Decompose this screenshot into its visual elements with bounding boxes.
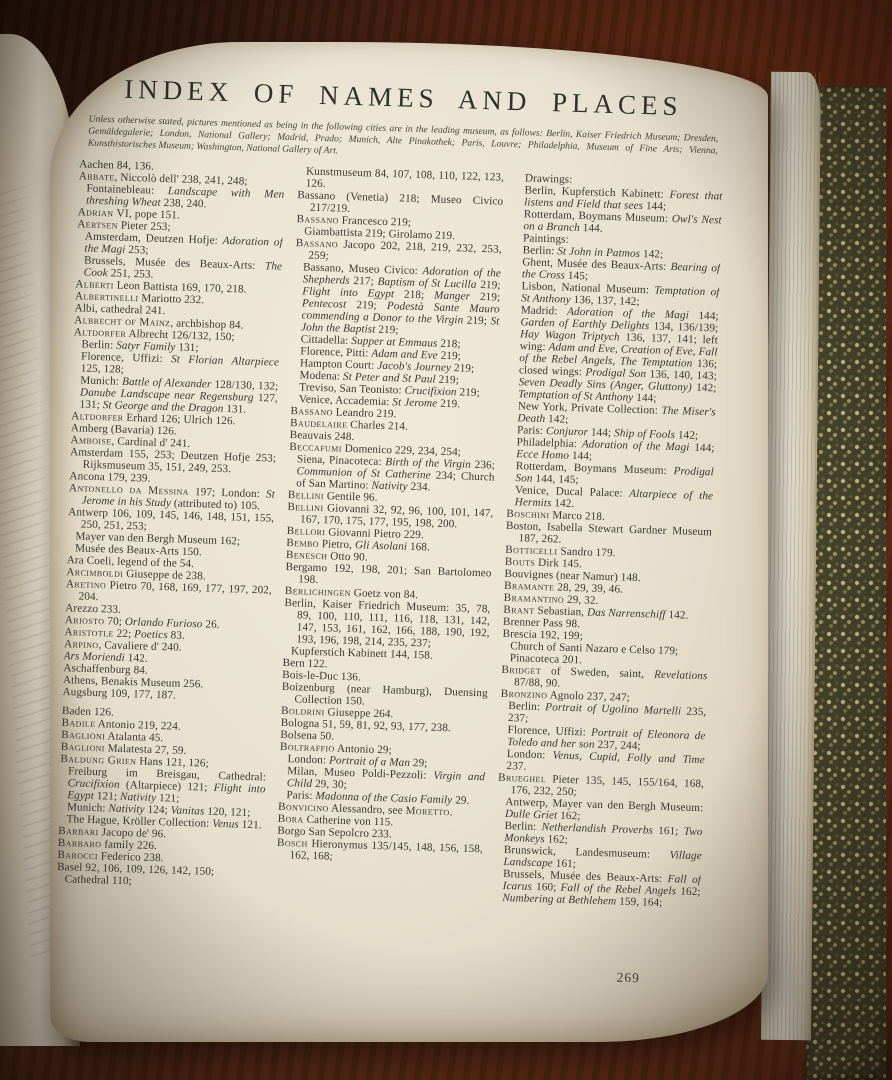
index-column-2: Kunstmuseum 84, 107, 108, 110, 122, 123,… bbox=[275, 166, 504, 904]
page-content: INDEX OF NAMES AND PLACES Unless otherwi… bbox=[53, 72, 726, 1032]
index-entry: Berlin, Kaiser Friedrich Museum: 35, 78,… bbox=[283, 597, 490, 651]
index-column-3: Drawings:Berlin, Kupferstich Kabinett: F… bbox=[494, 172, 723, 910]
index-entry: Madrid: Adoration of the Magi 144; Garde… bbox=[510, 304, 719, 406]
index-headnote: Unless otherwise stated, pictures mentio… bbox=[88, 114, 719, 169]
index-entry: Bassano, Museo Civico: Adoration of the … bbox=[293, 262, 501, 340]
index-page: INDEX OF NAMES AND PLACES Unless otherwi… bbox=[50, 42, 768, 1042]
index-column-1: Aachen 84, 136.Abbate, Niccolò dell' 238… bbox=[56, 159, 285, 897]
page-number: 269 bbox=[616, 970, 640, 987]
index-columns: Aachen 84, 136.Abbate, Niccolò dell' 238… bbox=[56, 159, 723, 911]
book-photo: INDEX OF NAMES AND PLACES Unless otherwi… bbox=[0, 0, 892, 1080]
index-entry: Brussels, Musée des Beaux-Arts: Fall of … bbox=[494, 868, 701, 910]
fore-edge-page-stack bbox=[761, 72, 821, 1040]
index-entry: Bosch Hieronymus 135/145, 148, 156, 158,… bbox=[276, 837, 483, 867]
